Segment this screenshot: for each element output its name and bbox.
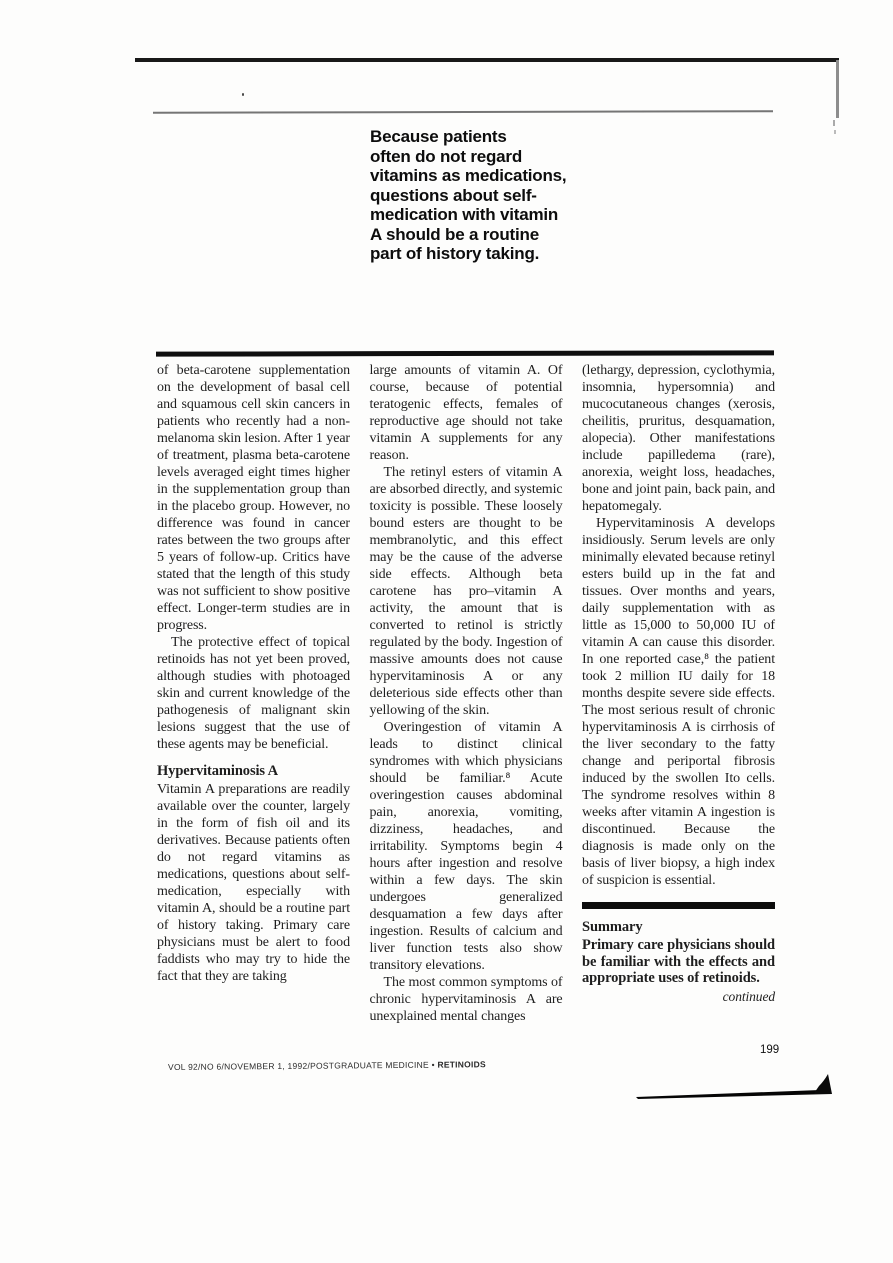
pull-quote-line: medication with vitamin <box>370 205 566 225</box>
scan-edge-mark <box>833 120 835 126</box>
body-paragraph: Overingestion of vitamin A leads to dist… <box>370 719 563 974</box>
summary-paragraph: Primary care physicians should be famili… <box>582 937 775 987</box>
body-paragraph: The protective effect of topical retinoi… <box>157 634 350 753</box>
header-divider-rule <box>153 110 773 114</box>
page-number: 199 <box>760 1044 779 1056</box>
body-paragraph: The retinyl esters of vitamin A are abso… <box>370 464 563 719</box>
summary-heading: Summary <box>582 919 775 936</box>
pull-quote-line: Because patients <box>370 127 566 147</box>
column-1: of beta-carotene supplementation on the … <box>157 362 350 1025</box>
scan-edge-mark <box>834 130 836 134</box>
top-border-rule <box>135 58 839 62</box>
body-paragraph: The most common symptoms of chronic hype… <box>370 974 563 1025</box>
body-paragraph: of beta-carotene supplementation on the … <box>157 362 350 634</box>
summary-divider-rule <box>582 902 775 909</box>
column-3: (lethargy, depression, cyclothymia, inso… <box>582 362 775 1025</box>
body-paragraph: (lethargy, depression, cyclothymia, inso… <box>582 362 775 515</box>
page-corner-rule <box>836 60 839 118</box>
column-2: large amounts of vitamin A. Of course, b… <box>370 362 563 1025</box>
body-paragraph: Hypervitaminosis A develops insidiously.… <box>582 515 775 889</box>
pull-quote-line: part of history taking. <box>370 244 566 264</box>
pull-quote-line: vitamins as medications, <box>370 166 566 186</box>
journal-footer-text: VOL 92/NO 6/NOVEMBER 1, 1992/POSTGRADUAT… <box>168 1060 437 1072</box>
article-body: of beta-carotene supplementation on the … <box>157 362 775 1025</box>
scanned-journal-page: Because patients often do not regard vit… <box>0 0 893 1263</box>
body-paragraph: large amounts of vitamin A. Of course, b… <box>370 362 563 464</box>
pull-quote-line: questions about self- <box>370 186 566 206</box>
journal-footer: VOL 92/NO 6/NOVEMBER 1, 1992/POSTGRADUAT… <box>168 1059 486 1072</box>
pull-quote-line: often do not regard <box>370 147 566 167</box>
journal-footer-article: RETINOIDS <box>437 1059 486 1069</box>
section-heading-hypervitaminosis: Hypervitaminosis A <box>157 763 350 780</box>
pull-quote-line: A should be a routine <box>370 225 566 245</box>
continued-label: continued <box>582 988 775 1005</box>
scan-wedge-artifact <box>634 1070 840 1102</box>
scan-speck <box>242 93 244 96</box>
body-top-rule <box>156 350 774 356</box>
pull-quote: Because patients often do not regard vit… <box>370 127 566 264</box>
body-paragraph: Vitamin A preparations are readily avail… <box>157 781 350 985</box>
